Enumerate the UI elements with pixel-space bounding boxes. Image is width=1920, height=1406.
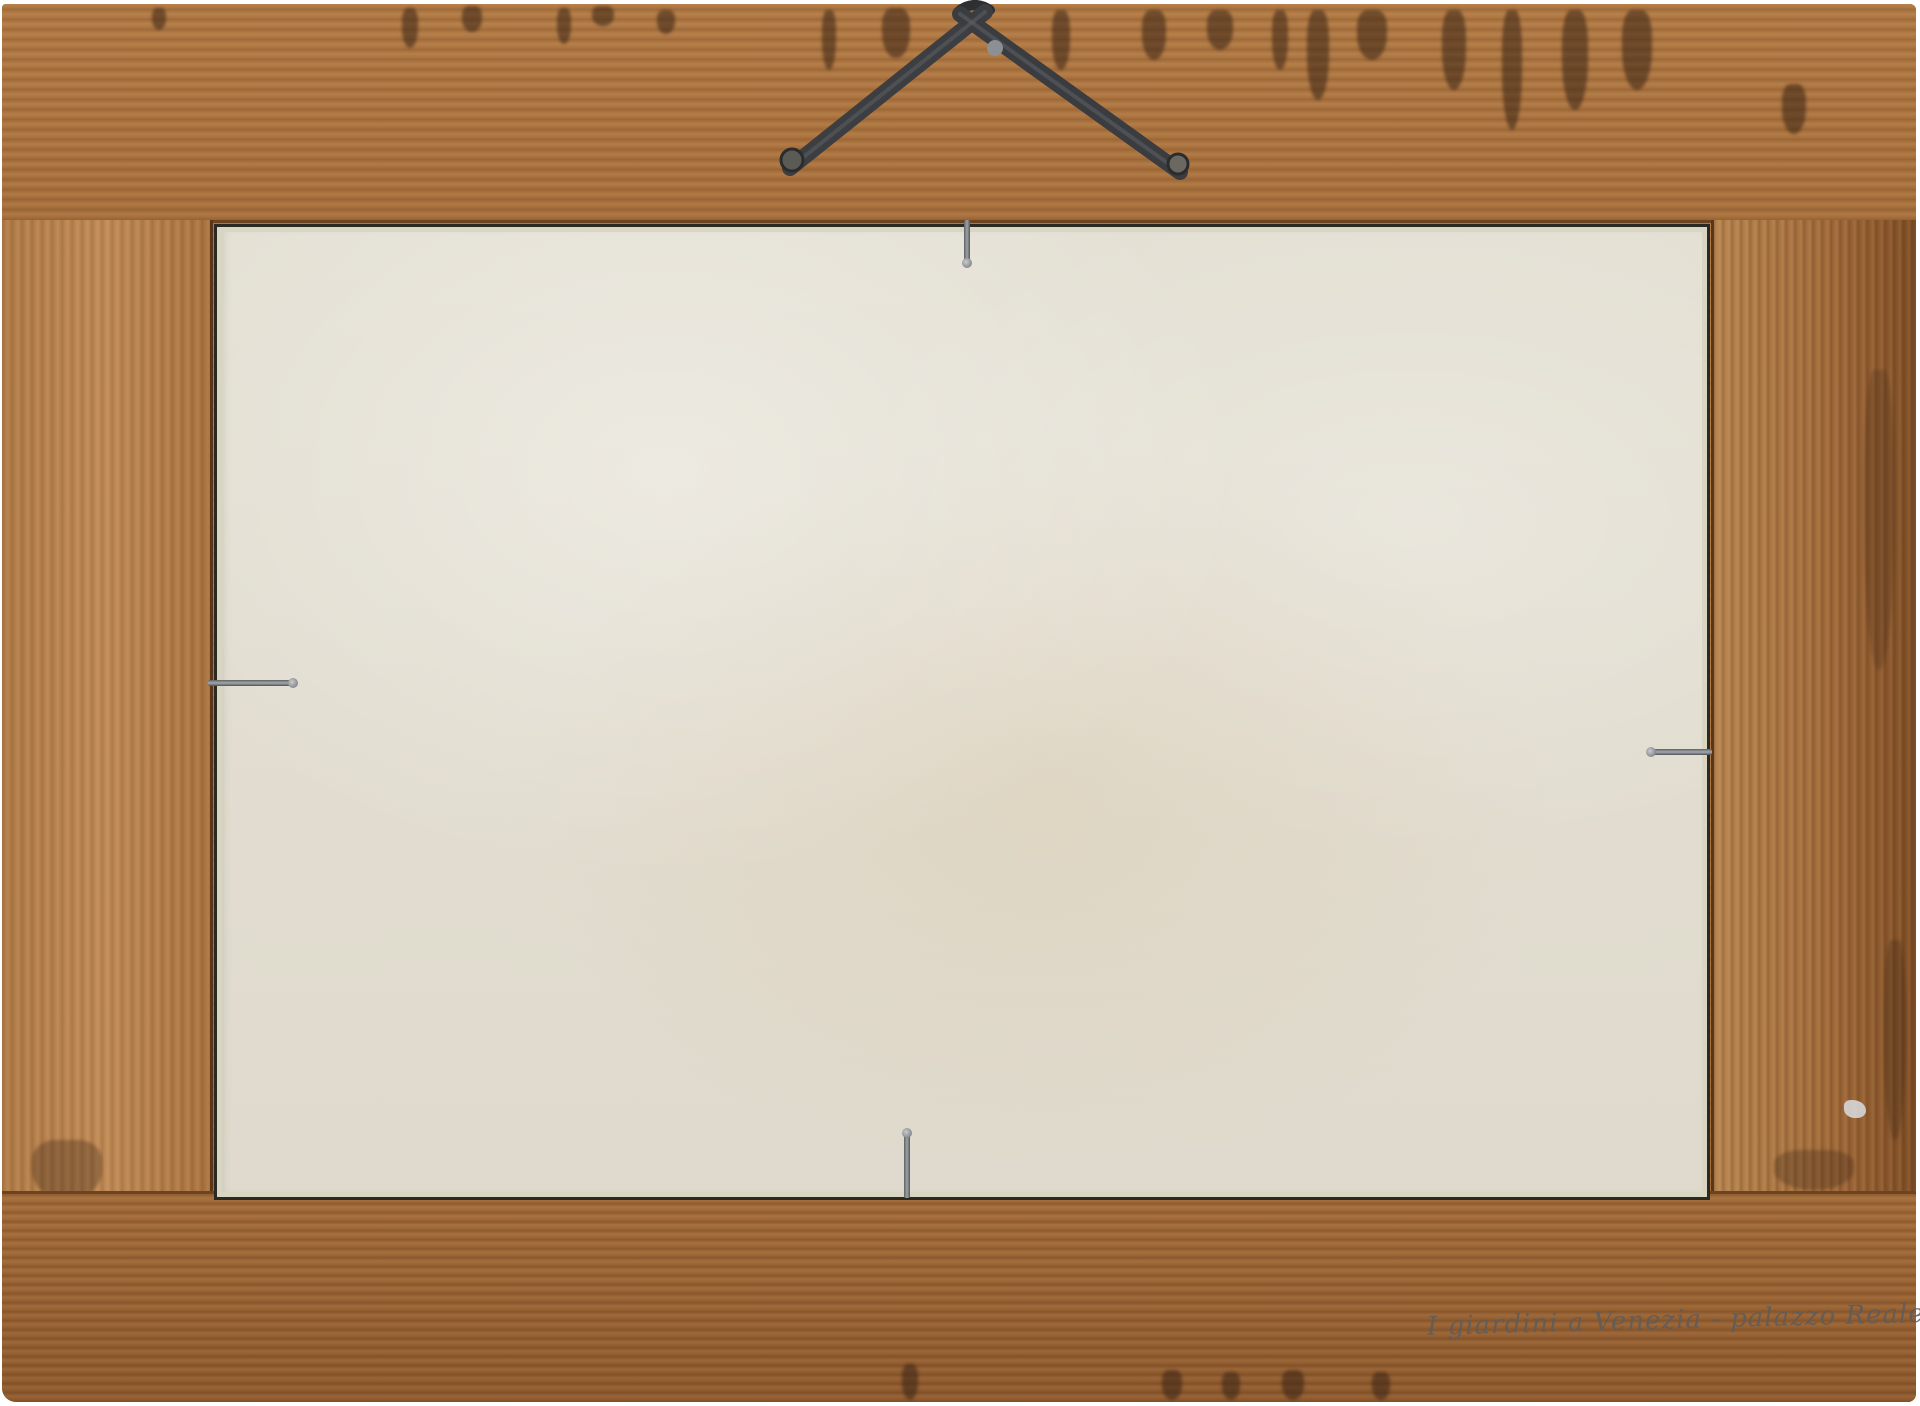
nail-head-right: [1646, 747, 1656, 757]
paper-backing: I giardini a Venezia - palazzo Reale ?: [214, 224, 1710, 1200]
nail-right: [1650, 749, 1712, 755]
frame-bottom-rail: [2, 1191, 1916, 1402]
nail-head-bottom: [902, 1128, 912, 1138]
nail-left: [208, 680, 294, 686]
nail-head-left: [288, 678, 298, 688]
wire-hanger-icon: [760, 0, 1200, 200]
frame-right-stile: [1711, 220, 1916, 1194]
frame-left-stile: [2, 220, 213, 1194]
nail-bottom-center: [904, 1130, 910, 1198]
nail-head-top: [962, 258, 972, 268]
artwork-back-scene: I giardini a Venezia - palazzo Reale ?: [0, 0, 1920, 1406]
